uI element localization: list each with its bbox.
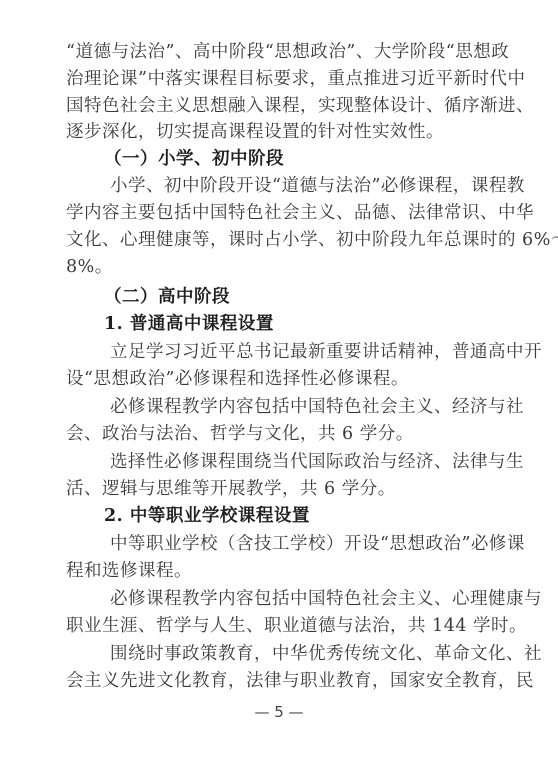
paragraph-line: 必修课程教学内容包括中国特色社会主义、心理健康与 [110, 588, 467, 610]
paragraph-line: 逐步深化，切实提高课程设置的针对性实效性。 [66, 121, 467, 143]
subsection-heading-vocational-school: 2. 中等职业学校课程设置 [104, 505, 505, 527]
paragraph-line: 8%。 [66, 256, 467, 278]
paragraph-line: 立足学习习近平总书记最新重要讲话精神，普通高中开 [110, 341, 467, 363]
paragraph-line: 程和选修课程。 [66, 560, 467, 582]
section-heading-primary-middle-school: （一）小学、初中阶段 [104, 148, 505, 170]
paragraph-line: 设“思想政治”必修课程和选择性必修课程。 [66, 368, 467, 390]
paragraph-line: “道德与法治”、高中阶段“思想政治”、大学阶段“思想政 [66, 41, 467, 63]
section-heading-high-school: （二）高中阶段 [104, 286, 505, 308]
paragraph-line: 围绕时事政策教育，中华优秀传统文化、革命文化、社 [110, 643, 467, 665]
subsection-heading-regular-high-school: 1. 普通高中课程设置 [104, 313, 505, 335]
paragraph-line: 文化、心理健康等，课时占小学、初中阶段九年总课时的 6%～ [66, 229, 467, 251]
paragraph-line: 会主义先进文化教育，法律与职业教育，国家安全教育，民 [66, 670, 467, 692]
paragraph-line: 选择性必修课程围绕当代国际政治与经济、法律与生 [110, 451, 467, 473]
document-page: “道德与法治”、高中阶段“思想政治”、大学阶段“思想政 治理论课”中落实课程目标… [0, 0, 558, 775]
paragraph-line: 职业生涯、哲学与人生、职业道德与法治，共 144 学时。 [66, 615, 467, 637]
paragraph-line: 会、政治与法治、哲学与文化，共 6 学分。 [66, 423, 467, 445]
paragraph-line: 中等职业学校（含技工学校）开设“思想政治”必修课 [110, 533, 467, 555]
paragraph-line: 活、逻辑与思维等开展教学，共 6 学分。 [66, 478, 467, 500]
paragraph-line: 必修课程教学内容包括中国特色社会主义、经济与社 [110, 396, 467, 418]
paragraph-line: 治理论课”中落实课程目标要求，重点推进习近平新时代中 [66, 68, 467, 90]
paragraph-line: 国特色社会主义思想融入课程，实现整体设计、循序渐进、 [66, 95, 467, 117]
paragraph-line: 学内容主要包括中国特色社会主义、品德、法律常识、中华 [66, 202, 467, 224]
page-number: — 5 — [0, 703, 558, 721]
paragraph-line: 小学、初中阶段开设“道德与法治”必修课程，课程教 [110, 175, 467, 197]
